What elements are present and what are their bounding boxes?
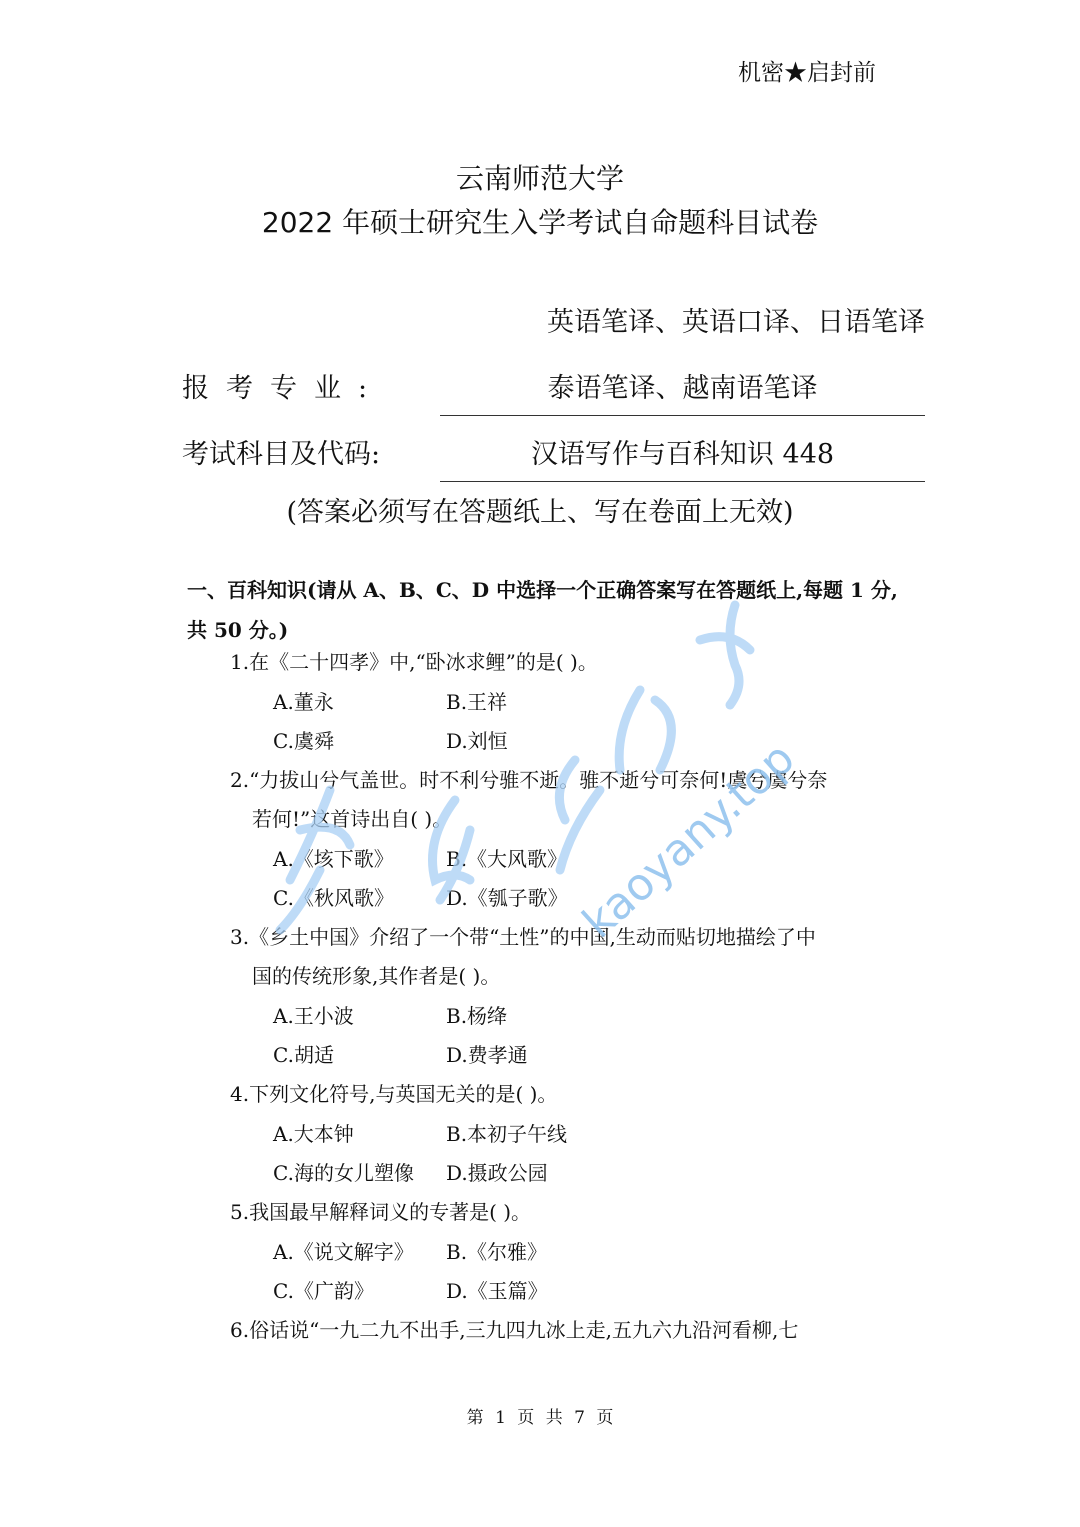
question-3-option-c: C.胡适 <box>273 1043 334 1067</box>
major-value-line2: 泰语笔译、越南语笔译 <box>440 366 925 405</box>
subject-underline <box>440 481 925 482</box>
question-2-option-d: D.《瓠子歌》 <box>446 886 568 910</box>
question-1-stem: 1.在《二十四孝》中,“卧冰求鲤”的是( )。 <box>230 650 598 674</box>
question-1-option-b: B.王祥 <box>446 690 507 714</box>
question-1-option-c: C.虞舜 <box>273 729 334 753</box>
confidential-label: 机密★启封前 <box>738 54 876 87</box>
question-4-option-b: B.本初子午线 <box>446 1122 567 1146</box>
question-5-option-b: B.《尔雅》 <box>446 1240 547 1264</box>
question-2-option-b: B.《大风歌》 <box>446 847 567 871</box>
question-5-stem: 5.我国最早解释词义的专著是( )。 <box>230 1200 531 1224</box>
question-2-stem-continued: 若何!”这首诗出自( )。 <box>252 807 452 831</box>
university-name: 云南师范大学 <box>0 157 1080 197</box>
subject-label: 考试科目及代码: <box>182 432 380 471</box>
question-4-option-c: C.海的女儿塑像 <box>273 1161 414 1185</box>
section-heading: 一、百科知识(请从 A、B、C、D 中选择一个正确答案写在答题纸上,每题 1 分… <box>187 570 899 650</box>
exam-title: 2022 年硕士研究生入学考试自命题科目试卷 <box>0 201 1080 241</box>
question-5-option-c: C.《广韵》 <box>273 1279 374 1303</box>
question-4-option-a: A.大本钟 <box>273 1122 354 1146</box>
major-value-line1: 英语笔译、英语口译、日语笔译 <box>440 300 925 339</box>
question-2-option-c: C.《秋风歌》 <box>273 886 394 910</box>
question-3-option-a: A.王小波 <box>273 1004 354 1028</box>
question-4-stem: 4.下列文化符号,与英国无关的是( )。 <box>230 1082 557 1106</box>
question-3-option-b: B.杨绛 <box>446 1004 507 1028</box>
question-6-stem: 6.俗话说“一九二九不出手,三九四九冰上走,五九六九沿河看柳,七 <box>230 1318 798 1342</box>
question-3-stem-continued: 国的传统形象,其作者是( )。 <box>252 964 500 988</box>
question-5-option-a: A.《说文解字》 <box>273 1240 414 1264</box>
question-1-option-a: A.董永 <box>273 690 334 714</box>
question-2-option-a: A.《垓下歌》 <box>273 847 394 871</box>
subject-value: 汉语写作与百科知识 448 <box>440 432 925 471</box>
question-4-option-d: D.摄政公园 <box>446 1161 548 1185</box>
question-3-stem: 3.《乡土中国》介绍了一个带“土性”的中国,生动而贴切地描绘了中 <box>230 925 816 949</box>
question-1-option-d: D.刘恒 <box>446 729 508 753</box>
svg-text:kaoyany.top: kaoyany.top <box>573 733 804 948</box>
page-number: 第 1 页 共 7 页 <box>0 1403 1080 1428</box>
answer-notice: (答案必须写在答题纸上、写在卷面上无效) <box>0 490 1080 529</box>
major-underline <box>440 415 925 416</box>
question-3-option-d: D.费孝通 <box>446 1043 528 1067</box>
question-5-option-d: D.《玉篇》 <box>446 1279 548 1303</box>
major-label: 报考专业: <box>182 366 384 405</box>
question-2-stem: 2.“力拔山兮气盖世。时不利兮骓不逝。骓不逝兮可奈何!虞兮虞兮奈 <box>230 768 827 792</box>
